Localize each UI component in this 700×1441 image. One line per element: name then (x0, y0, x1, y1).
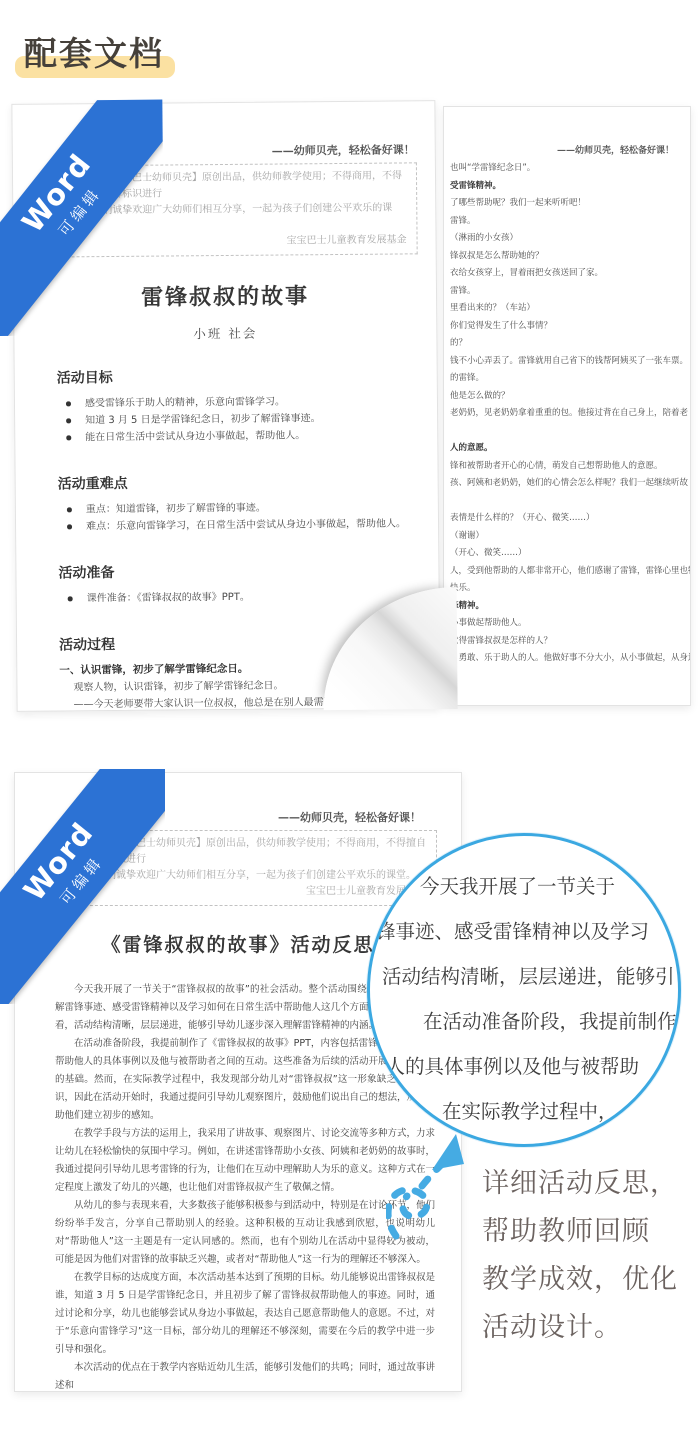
document-lesson-plan: ——幼师贝壳，轻松备好课！ 也叫“学雷锋纪念日”。受雷锋精神。了哪些帮助呢？我们… (14, 100, 691, 713)
section-heading: 活动准备 (58, 559, 422, 582)
section-preparation: 活动准备 课件准备：《雷锋叔叔的故事》PPT。 (58, 559, 422, 607)
page-background: 配套文档 ——幼师贝壳，轻松备好课！ 也叫“学雷锋纪念日”。受雷锋精神。了哪些帮… (0, 0, 700, 1441)
page2-line: 了哪些帮助呢？我们一起来听听吧！ (444, 195, 690, 213)
lesson-plan-page-1: ——幼师贝壳，轻松备好课！ 本内容为【宝宝巴士幼师贝壳】原创出品，供幼师教学使用… (11, 100, 440, 712)
page2-text-lines: 也叫“学雷锋纪念日”。受雷锋精神。了哪些帮助呢？我们一起来听听吧！雷锋。（淋雨的… (444, 160, 690, 668)
paragraph: 从幼儿的参与表现来看，大多数孩子能够积极参与到活动中，特别是在讨论环节，他们纷纷… (55, 1197, 435, 1269)
lens-line: 今天我开展了一节关于 (420, 864, 678, 909)
caption-line: 帮助教师回顾 (482, 1208, 700, 1256)
page2-line: 快乐。 (444, 580, 690, 598)
page2-line: 你们觉得发生了什么事情？ (444, 318, 690, 336)
page2-line (444, 423, 690, 441)
process-line: ——猜猜他是做什么的？你是从哪儿看出来的呢？（解放军、军人；穿着军装、 (60, 710, 424, 711)
document-subtitle: 小班 社会 (14, 322, 436, 344)
page2-line: 雷锋。 (444, 213, 690, 231)
page2-line: 锋和被帮助者开心的心情，萌发自己想帮助他人的意愿。 (444, 458, 690, 476)
page2-line: （开心、微笑……） (444, 545, 690, 563)
disclaimer-signature: 宝宝巴士儿童教育发展基金 (66, 884, 426, 900)
page2-line: （淋雨的小女孩） (444, 230, 690, 248)
section-heading: 活动目标 (57, 364, 421, 387)
page2-line: 也叫“学雷锋纪念日”。 (444, 160, 690, 178)
page2-line: 锋叔叔是怎么帮助她的？ (444, 248, 690, 266)
page2-line: 孩、阿姨和老奶奶，她们的心情会怎么样呢？我们一起继续听故 (444, 475, 690, 493)
lens-line: 锋事迹、感受雷锋精神以及学习 (376, 909, 678, 954)
lens-magnified-text: 今天我开展了一节关于锋事迹、感受雷锋精神以及学习活动结构清晰，层层递进，能够引在… (370, 836, 678, 1134)
page2-line: 人的意愿。 (444, 440, 690, 458)
section-title: 配套文档 (24, 28, 164, 75)
reflection-content: ——幼师贝壳，轻松备好课！ 本内容为【宝宝巴士幼师贝壳】原创出品，供幼师教学使用… (15, 773, 461, 1391)
section-heading: 活动重难点 (58, 470, 422, 493)
paragraph: 本次活动的优点在于教学内容贴近幼儿生活，能够引发他们的共鸣；同时，通过故事讲述和 (55, 1359, 435, 1391)
brand-slogan: ——幼师贝壳，轻松备好课！ (15, 809, 421, 825)
key-point-bullet: 难点：乐意向雷锋学习，在日常生活中尝试从身边小事做起，帮助他人。 (58, 515, 422, 535)
document-reflection: ——幼师贝壳，轻松备好课！ 本内容为【宝宝巴士幼师贝壳】原创出品，供幼师教学使用… (14, 770, 700, 1410)
section-key-points: 活动重难点 重点：知道雷锋，初步了解雷锋的事迹。难点：乐意向雷锋学习，在日常生活… (58, 470, 423, 535)
page2-line: 锋精神。 (444, 598, 690, 616)
paragraph: 在教学目标的达成度方面，本次活动基本达到了预期的目标。幼儿能够说出雷锋叔叔是谁，… (55, 1269, 435, 1359)
disclaimer-box: 本内容为【宝宝巴士幼师贝壳】原创出品，供幼师教学使用；不得商用，不得擅自去除品牌… (51, 162, 418, 257)
page2-line: 人，受到他帮助的人都非常开心，他们感谢了雷锋，雷锋心里也特 (444, 563, 690, 581)
page2-line: 的雷锋。 (444, 370, 690, 388)
page2-line: 衣给女孩穿上，冒着雨把女孩送回了家。 (444, 265, 690, 283)
page2-line: （谢谢） (444, 528, 690, 546)
page2-line: 雷锋。 (444, 283, 690, 301)
lens-line: 他人的具体事例以及他与被帮助 (367, 1044, 678, 1089)
lens-line: 活动结构清晰，层层递进，能够引 (382, 954, 678, 999)
page2-line: 、勇敢、乐于助人的人。他做好事不分大小，从小事做起，从身边做 (444, 650, 690, 668)
brand-slogan: ——幼师贝壳，轻松备好课！ (13, 141, 415, 161)
caption-line: 教学成效，优化 (482, 1256, 700, 1304)
lens-line: 在活动准备阶段，我提前制作 (423, 999, 678, 1044)
magnifier-lens: 今天我开展了一节关于锋事迹、感受雷锋精神以及学习活动结构清晰，层层递进，能够引在… (367, 833, 681, 1147)
page2-line: 他是怎么做的？ (444, 388, 690, 406)
caption-line: 详细活动反思， (482, 1160, 700, 1208)
disclaimer-line: 传播。我们诚挚欢迎广大幼师们相互分享，一起为孩子们创建公平欢乐的课堂。 (66, 868, 426, 884)
page2-line: 里看出来的？（车站） (444, 300, 690, 318)
preparation-bullet: 课件准备：《雷锋叔叔的故事》PPT。 (59, 587, 423, 607)
disclaimer-line: 传播。我们诚挚欢迎广大幼师们相互分享，一起为孩子们创建公平欢乐的课堂。 (62, 200, 406, 235)
disclaimer-line: 本内容为【宝宝巴士幼师贝壳】原创出品，供幼师教学使用；不得商用，不得擅自去除品牌… (66, 836, 426, 868)
caption-text: 详细活动反思，帮助教师回顾教学成效，优化活动设计。 (482, 1160, 700, 1352)
disclaimer-signature: 宝宝巴士儿童教育发展基金 (63, 232, 407, 251)
page2-line: 觉得雷锋叔叔是怎样的人？ (444, 633, 690, 651)
disclaimer-line: 本内容为【宝宝巴士幼师贝壳】原创出品，供幼师教学使用；不得商用，不得擅自去除品牌… (62, 168, 406, 203)
disclaimer-box: 本内容为【宝宝巴士幼师贝壳】原创出品，供幼师教学使用；不得商用，不得擅自去除品牌… (55, 830, 437, 906)
brand-slogan: ——幼师贝壳，轻松备好课！ (444, 143, 674, 156)
section-goals: 活动目标 感受雷锋乐于助人的精神，乐意向雷锋学习。知道 3 月 5 日是学雷锋纪… (57, 364, 422, 446)
goal-bullet: 能在日常生活中尝试从身边小事做起，帮助他人。 (57, 426, 421, 446)
dashed-arrow-doodle (386, 1118, 486, 1243)
page2-line: 的？ (444, 335, 690, 353)
paragraph: 在教学手段与方法的运用上，我采用了讲故事、观察图片、讨论交流等多种方式，力求让幼… (55, 1125, 435, 1197)
page2-line: 老奶奶，见老奶奶拿着重重的包。他接过背在自己身上，陪着老 (444, 405, 690, 423)
page2-line: 小事做起帮助他人。 (444, 615, 690, 633)
reflection-page: ——幼师贝壳，轻松备好课！ 本内容为【宝宝巴士幼师贝壳】原创出品，供幼师教学使用… (14, 772, 462, 1392)
page-title: 配套文档 (24, 34, 164, 73)
caption-line: 活动设计。 (482, 1304, 700, 1352)
lesson-plan-page-2: ——幼师贝壳，轻松备好课！ 也叫“学雷锋纪念日”。受雷锋精神。了哪些帮助呢？我们… (443, 106, 691, 706)
page2-line: 表情是什么样的？（开心、微笑……） (444, 510, 690, 528)
page2-line: 受雷锋精神。 (444, 178, 690, 196)
page2-line: 钱不小心弄丢了。雷锋就用自己省下的钱帮阿姨买了一张车票。 (444, 353, 690, 371)
document-title: 雷锋叔叔的故事 (14, 278, 436, 313)
page2-line (444, 493, 690, 511)
